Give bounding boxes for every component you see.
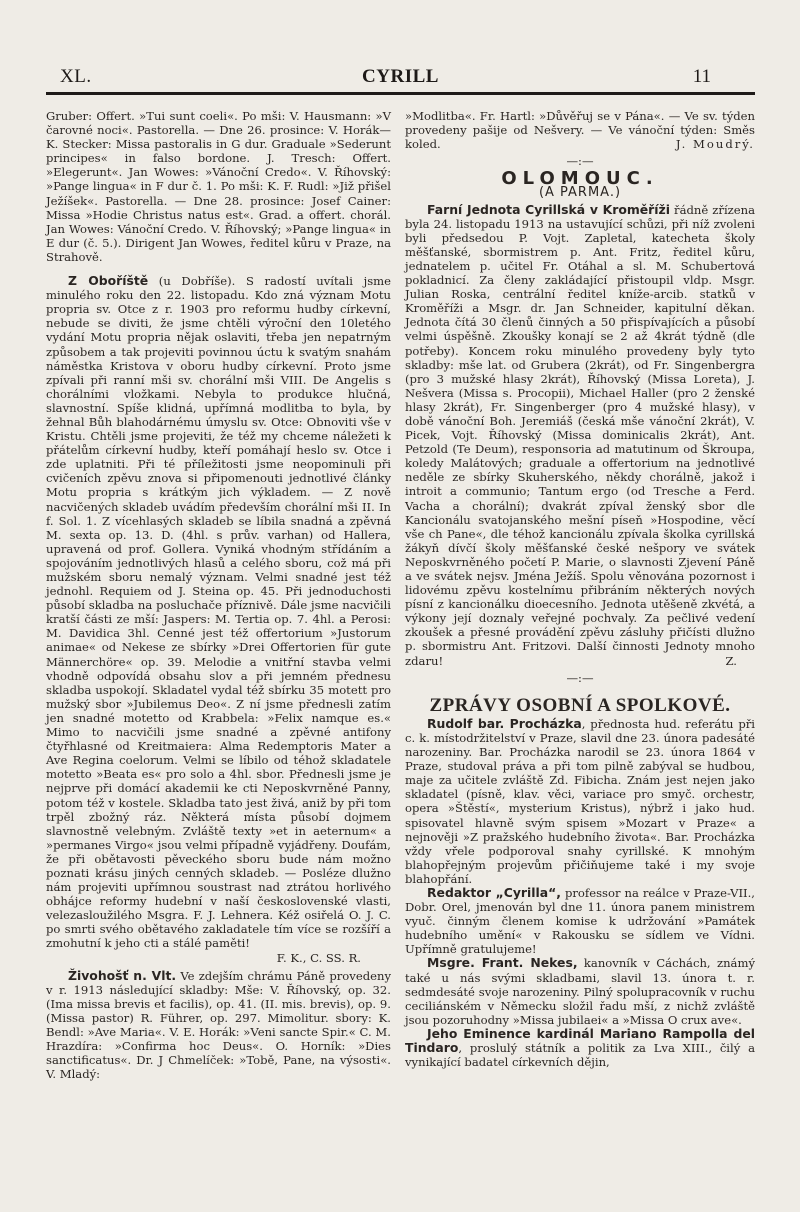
journal-title: CYRILL <box>46 66 755 88</box>
news-item: Jeho Eminence kardinál Mariano Rampolla … <box>405 1027 755 1069</box>
page-number: 11 <box>693 66 711 88</box>
article-signature: Z. <box>703 654 755 668</box>
separator: —:— <box>405 671 755 685</box>
article-zivohost: Živohošť n. Vlt. Ve zdejším chrámu Páně … <box>46 969 391 1082</box>
article-lead: Z Oboříště <box>68 273 148 288</box>
article-signature: J. Moudrý. <box>676 137 755 151</box>
news-item: Rudolf bar. Procházka, přednosta hud. re… <box>405 717 755 886</box>
page-header: XL. CYRILL 11 <box>46 62 755 88</box>
article-kromeriz: Farní Jednota Cyrillská v Kroměříži řádn… <box>405 203 755 668</box>
paragraph-continued: »Modlitba«. Fr. Hartl: »Důvěřuj se v Pán… <box>405 109 755 151</box>
article-signature: F. K., C. SS. R. <box>46 951 391 965</box>
header-rule <box>46 92 755 95</box>
article-lead: Farní Jednota Cyrillská v Kroměříži <box>427 202 670 217</box>
separator: —:— <box>405 154 755 168</box>
section-subheading: (A PARMA.) <box>405 186 755 200</box>
section-heading-zpravy: ZPRÁVY OSOBNÍ A SPOLKOVÉ. <box>405 699 755 713</box>
two-column-body: Gruber: Offert. »Tui sunt coeli«. Po mši… <box>46 109 755 1081</box>
news-item: Msgre. Frant. Nekes, kanovník v Cáchách,… <box>405 956 755 1026</box>
left-column: Gruber: Offert. »Tui sunt coeli«. Po mši… <box>46 109 391 1081</box>
article-oboriste: Z Oboříště (u Dobříše). S radostí uvítal… <box>46 274 391 951</box>
section-heading-olomouc: OLOMOUC. <box>405 172 755 186</box>
paragraph-continued: Gruber: Offert. »Tui sunt coeli«. Po mši… <box>46 109 391 264</box>
right-column: »Modlitba«. Fr. Hartl: »Důvěřuj se v Pán… <box>405 109 755 1081</box>
magazine-page: XL. CYRILL 11 Gruber: Offert. »Tui sunt … <box>46 62 755 1081</box>
article-lead: Živohošť n. Vlt. <box>68 968 176 983</box>
news-item: Redaktor „Cyrilla“, professor na reálce … <box>405 886 755 956</box>
